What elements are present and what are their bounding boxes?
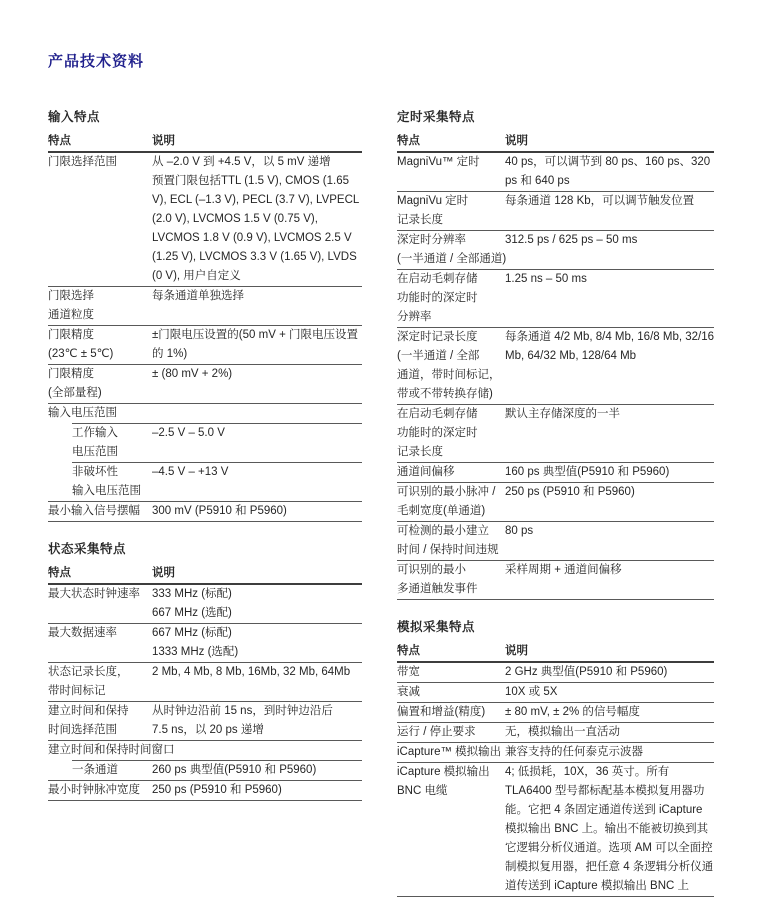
row-label: 一条通道 — [72, 761, 152, 780]
row-label: 在启动毛刺存储 功能时的深定时 分辨率 — [397, 270, 505, 327]
row-description: 1.25 ns – 50 ms — [505, 270, 714, 289]
row-description: 2 GHz 典型值(P5910 和 P5960) — [505, 663, 714, 682]
row-description: ± (80 mV + 2%) — [152, 365, 362, 384]
row-label: 深定时记录长度 (一半通道 / 全部 通道，带时间标记， 带或不带转换存储) — [397, 328, 505, 404]
right-column: 定时采集特点 特点 说明 MagniVu™ 定时40 ps，可以调节到 80 p… — [397, 107, 714, 914]
spec-section: 输入特点 特点 说明 门限选择范围从 –2.0 V 到 +4.5 V，以 5 m… — [48, 107, 362, 522]
row-label: 带宽 — [397, 663, 505, 682]
spec-section: 状态采集特点 特点 说明 最大状态时钟速率333 MHz (标配) 667 MH… — [48, 539, 362, 801]
row-description: 10X 或 5X — [505, 683, 714, 702]
row-label: 偏置和增益(精度) — [397, 703, 505, 722]
column-header-feature: 特点 — [397, 642, 505, 661]
spec-row: 运行 / 停止要求无，模拟输出一直活动 — [397, 722, 714, 742]
row-description: 每条通道 128 Kb，可以调节触发位置 — [505, 192, 714, 211]
row-label: 通道间偏移 — [397, 463, 505, 482]
left-column: 输入特点 特点 说明 门限选择范围从 –2.0 V 到 +4.5 V，以 5 m… — [48, 107, 362, 818]
spec-columns: 输入特点 特点 说明 门限选择范围从 –2.0 V 到 +4.5 V，以 5 m… — [48, 107, 784, 914]
row-description: 从时钟边沿前 15 ns，到时钟边沿后 7.5 ns，以 20 ps 递增 — [152, 702, 362, 740]
spec-row: 在启动毛刺存储 功能时的深定时 记录长度默认主存储深度的一半 — [397, 404, 714, 462]
row-label: 深定时分辨率 (一半通道 / 全部通道) — [397, 231, 505, 269]
row-label: 衰减 — [397, 683, 505, 702]
section-title: 模拟采集特点 — [397, 617, 714, 635]
row-label: 最大状态时钟速率 — [48, 585, 152, 604]
spec-row: 最大数据速率667 MHz (标配) 1333 MHz (选配) — [48, 623, 362, 662]
row-description: ± 80 mV, ± 2% 的信号幅度 — [505, 703, 714, 722]
row-description: 兼容支持的任何泰克示波器 — [505, 743, 714, 762]
column-header-feature: 特点 — [397, 132, 505, 151]
row-description: 每条通道 4/2 Mb, 8/4 Mb, 16/8 Mb, 32/16 Mb, … — [505, 328, 714, 366]
row-label: 在启动毛刺存储 功能时的深定时 记录长度 — [397, 405, 505, 462]
row-description: 160 ps 典型值(P5910 和 P5960) — [505, 463, 714, 482]
row-label: 可识别的最小 多通道触发事件 — [397, 561, 505, 599]
table-header-row: 特点 说明 — [48, 564, 362, 585]
column-header-description: 说明 — [152, 564, 362, 583]
row-description: –2.5 V – 5.0 V — [152, 424, 362, 443]
spec-table: 特点 说明 带宽2 GHz 典型值(P5910 和 P5960)衰减10X 或 … — [397, 642, 714, 897]
column-header-feature: 特点 — [48, 564, 152, 583]
row-description: 250 ps (P5910 和 P5960) — [152, 781, 362, 800]
spec-row: 一条通道260 ps 典型值(P5910 和 P5960) — [72, 760, 362, 780]
row-description: 每条通道单独选择 — [152, 287, 362, 306]
spec-row: 带宽2 GHz 典型值(P5910 和 P5960) — [397, 663, 714, 682]
section-title: 输入特点 — [48, 107, 362, 125]
spec-row: iCapture 模拟输出 BNC 电缆4; 低损耗，10X，36 英寸。所有 … — [397, 762, 714, 896]
spec-row: 状态记录长度， 带时间标记2 Mb, 4 Mb, 8 Mb, 16Mb, 32 … — [48, 662, 362, 701]
column-header-description: 说明 — [505, 132, 714, 151]
spec-row: 最大状态时钟速率333 MHz (标配) 667 MHz (选配) — [48, 585, 362, 623]
row-label: 最大数据速率 — [48, 624, 152, 643]
row-label: 工作输入 电压范围 — [72, 424, 152, 462]
row-label: 最小输入信号摆幅 — [48, 502, 152, 521]
row-description: 无，模拟输出一直活动 — [505, 723, 714, 742]
row-description: 40 ps，可以调节到 80 ps、160 ps、320 ps 和 640 ps — [505, 153, 714, 191]
row-description: 300 mV (P5910 和 P5960) — [152, 502, 362, 521]
row-label: 门限选择 通道粒度 — [48, 287, 152, 325]
spec-row: 最小输入信号摆幅300 mV (P5910 和 P5960) — [48, 501, 362, 521]
span-row-label: 建立时间和保持时间窗口 — [48, 741, 175, 760]
row-label: MagniVu 定时 记录长度 — [397, 192, 505, 230]
section-title: 定时采集特点 — [397, 107, 714, 125]
spec-row: MagniVu™ 定时40 ps，可以调节到 80 ps、160 ps、320 … — [397, 153, 714, 191]
spec-row: 可识别的最小脉冲 / 毛刺宽度(单通道)250 ps (P5910 和 P596… — [397, 482, 714, 521]
row-label: 门限选择范围 — [48, 153, 152, 172]
spec-table: 特点 说明 MagniVu™ 定时40 ps，可以调节到 80 ps、160 p… — [397, 132, 714, 600]
spec-row: 通道间偏移160 ps 典型值(P5910 和 P5960) — [397, 462, 714, 482]
row-label: iCapture 模拟输出 BNC 电缆 — [397, 763, 505, 801]
page-title: 产品技术资料 — [48, 50, 784, 71]
row-label: 状态记录长度， 带时间标记 — [48, 663, 152, 701]
row-description: 采样周期 + 通道间偏移 — [505, 561, 714, 580]
row-label: 建立时间和保持 时间选择范围 — [48, 702, 152, 740]
spec-row: 衰减10X 或 5X — [397, 682, 714, 702]
row-label: 运行 / 停止要求 — [397, 723, 505, 742]
row-label: 门限精度 (23℃ ± 5℃) — [48, 326, 152, 364]
row-description: 667 MHz (标配) 1333 MHz (选配) — [152, 624, 362, 662]
spec-row: MagniVu 定时 记录长度每条通道 128 Kb，可以调节触发位置 — [397, 191, 714, 230]
row-label: 可识别的最小脉冲 / 毛刺宽度(单通道) — [397, 483, 505, 521]
span-row: 输入电压范围 — [48, 403, 362, 423]
column-header-feature: 特点 — [48, 132, 152, 151]
spec-section: 定时采集特点 特点 说明 MagniVu™ 定时40 ps，可以调节到 80 p… — [397, 107, 714, 600]
row-label: MagniVu™ 定时 — [397, 153, 505, 172]
spec-row: 工作输入 电压范围–2.5 V – 5.0 V — [72, 423, 362, 462]
spec-row: 非破坏性 输入电压范围–4.5 V – +13 V — [72, 462, 362, 501]
spec-row: 可检测的最小建立 时间 / 保持时间违规80 ps — [397, 521, 714, 560]
spec-table: 特点 说明 门限选择范围从 –2.0 V 到 +4.5 V，以 5 mV 递增 … — [48, 132, 362, 522]
span-row: 建立时间和保持时间窗口 — [48, 740, 362, 760]
spec-row: 门限精度 (23℃ ± 5℃)±门限电压设置的(50 mV + 门限电压设置的 … — [48, 325, 362, 364]
document-page: 产品技术资料 输入特点 特点 说明 门限选择范围从 –2.0 V 到 +4.5 … — [0, 0, 784, 914]
row-description: 260 ps 典型值(P5910 和 P5960) — [152, 761, 362, 780]
row-label: 非破坏性 输入电压范围 — [72, 463, 152, 501]
row-description: 2 Mb, 4 Mb, 8 Mb, 16Mb, 32 Mb, 64Mb — [152, 663, 362, 682]
spec-row: 门限选择范围从 –2.0 V 到 +4.5 V，以 5 mV 递增 预置门限包括… — [48, 153, 362, 286]
spec-row: 建立时间和保持 时间选择范围从时钟边沿前 15 ns，到时钟边沿后 7.5 ns… — [48, 701, 362, 740]
column-header-description: 说明 — [152, 132, 362, 151]
spec-row: 门限选择 通道粒度每条通道单独选择 — [48, 286, 362, 325]
spec-row: 深定时记录长度 (一半通道 / 全部 通道，带时间标记， 带或不带转换存储)每条… — [397, 327, 714, 404]
table-header-row: 特点 说明 — [397, 132, 714, 153]
row-label: 最小时钟脉冲宽度 — [48, 781, 152, 800]
column-header-description: 说明 — [505, 642, 714, 661]
row-description: 从 –2.0 V 到 +4.5 V，以 5 mV 递增 预置门限包括TTL (1… — [152, 153, 362, 286]
row-description: –4.5 V – +13 V — [152, 463, 362, 482]
spec-row: 偏置和增益(精度)± 80 mV, ± 2% 的信号幅度 — [397, 702, 714, 722]
spec-row: 最小时钟脉冲宽度250 ps (P5910 和 P5960) — [48, 780, 362, 800]
spec-row: 可识别的最小 多通道触发事件采样周期 + 通道间偏移 — [397, 560, 714, 599]
row-description: 4; 低损耗，10X，36 英寸。所有 TLA6400 型号都标配基本模拟复用器… — [505, 763, 714, 896]
span-row-label: 输入电压范围 — [48, 404, 117, 423]
row-label: 可检测的最小建立 时间 / 保持时间违规 — [397, 522, 505, 560]
row-description: 250 ps (P5910 和 P5960) — [505, 483, 714, 502]
table-header-row: 特点 说明 — [48, 132, 362, 153]
row-description: 333 MHz (标配) 667 MHz (选配) — [152, 585, 362, 623]
row-description: 80 ps — [505, 522, 714, 541]
row-description: ±门限电压设置的(50 mV + 门限电压设置的 1%) — [152, 326, 362, 364]
spec-row: 在启动毛刺存储 功能时的深定时 分辨率1.25 ns – 50 ms — [397, 269, 714, 327]
row-description: 默认主存储深度的一半 — [505, 405, 714, 424]
spec-row: 门限精度 (全部量程)± (80 mV + 2%) — [48, 364, 362, 403]
spec-row: 深定时分辨率 (一半通道 / 全部通道)312.5 ps / 625 ps – … — [397, 230, 714, 269]
row-description: 312.5 ps / 625 ps – 50 ms — [505, 231, 714, 250]
spec-section: 模拟采集特点 特点 说明 带宽2 GHz 典型值(P5910 和 P5960)衰… — [397, 617, 714, 897]
spec-row: iCapture™ 模拟输出兼容支持的任何泰克示波器 — [397, 742, 714, 762]
section-title: 状态采集特点 — [48, 539, 362, 557]
row-label: iCapture™ 模拟输出 — [397, 743, 505, 762]
table-header-row: 特点 说明 — [397, 642, 714, 663]
row-label: 门限精度 (全部量程) — [48, 365, 152, 403]
spec-table: 特点 说明 最大状态时钟速率333 MHz (标配) 667 MHz (选配)最… — [48, 564, 362, 801]
